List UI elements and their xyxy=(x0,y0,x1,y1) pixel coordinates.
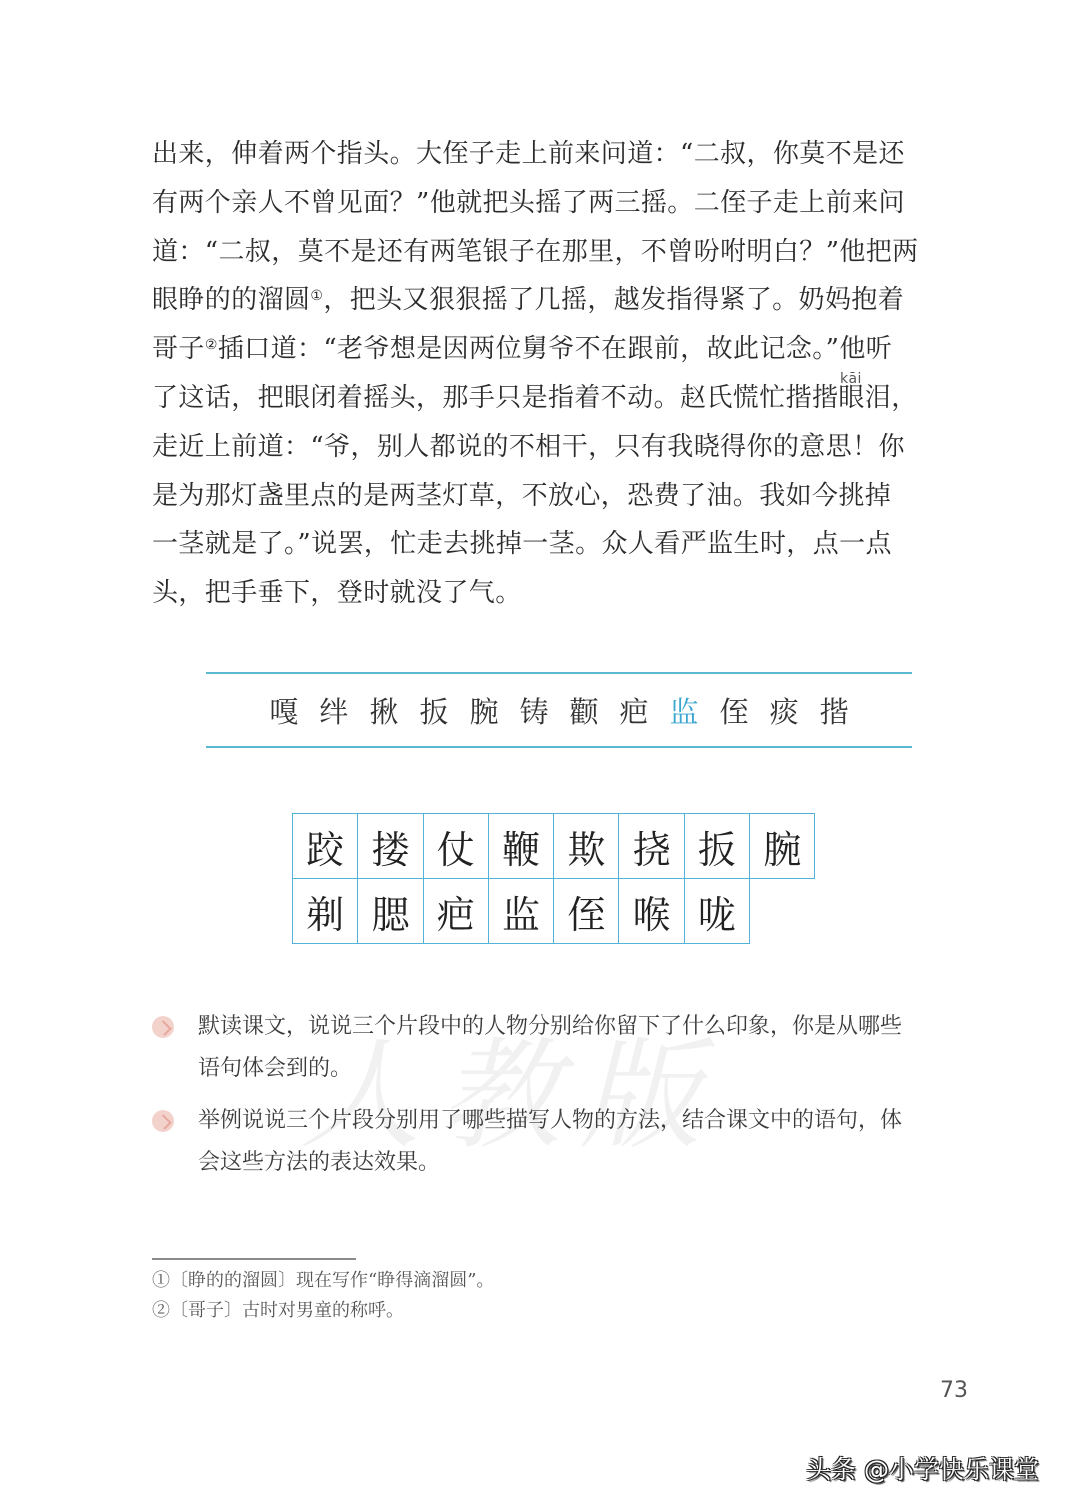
grid-cell: 腕 xyxy=(749,813,815,879)
exercise-item-2: 举例说说三个片段分别用了哪些描写人物的方法，结合课文中的语句，体 会这些方法的表… xyxy=(152,1100,968,1184)
grid-cell: 跤 xyxy=(292,813,358,879)
grid-cell: 喉 xyxy=(618,878,684,944)
passage-line: 眼睁的的溜圆①，把头又狠狠摇了几摇，越发指得紧了。奶妈抱着 xyxy=(152,276,968,325)
page-number: 73 xyxy=(940,1378,968,1403)
recognize-characters-band: 嘎 绊 揪 扳 腕 铸 颧 疤 监 侄 痰 揩 xyxy=(206,672,912,748)
passage-text: 出来，伸着两个指头。大侄子走上前来问道：“二叔，你莫不是还 有两个亲人不曾见面？… xyxy=(152,130,968,618)
grid-cell: 仗 xyxy=(423,813,489,879)
recognize-char: 颧 xyxy=(570,690,599,731)
passage-line: 头，把手垂下，登时就没了气。 xyxy=(152,569,968,618)
recognize-char: 揪 xyxy=(369,690,398,731)
passage-line: 出来，伸着两个指头。大侄子走上前来问道：“二叔，你莫不是还 xyxy=(152,130,968,179)
grid-cell: 腮 xyxy=(357,878,423,944)
grid-cell: 欺 xyxy=(553,813,619,879)
grid-cell: 剃 xyxy=(292,878,358,944)
exercise-bullet-icon xyxy=(152,1110,174,1132)
recognize-char: 侄 xyxy=(720,690,749,731)
recognize-char-highlighted: 监 xyxy=(670,690,699,731)
recognize-char: 铸 xyxy=(519,690,548,731)
recognize-char: 扳 xyxy=(419,690,448,731)
grid-cell: 挠 xyxy=(618,813,684,879)
recognize-char: 腕 xyxy=(469,690,498,731)
writing-characters-grid: 跤 搂 仗 鞭 欺 挠 扳 腕 剃 腮 疤 监 侄 喉 咙 xyxy=(292,813,814,943)
footnote-2: ②〔哥子〕古时对男童的称呼。 xyxy=(152,1296,494,1326)
recognize-char: 绊 xyxy=(319,690,348,731)
passage-line: 一茎就是了。”说罢，忙走去挑掉一茎。众人看严监生时，点一点 xyxy=(152,520,968,569)
passage-line: 了这话，把眼闭着摇头，那手只是指着不动。赵氏慌忙揩揩眼泪， xyxy=(152,374,968,423)
recognize-char: 揩 xyxy=(820,690,849,731)
exercise-item-1: 默读课文，说说三个片段中的人物分别给你留下了什么印象，你是从哪些 语句体会到的。 xyxy=(152,1006,968,1090)
exercise-bullet-icon xyxy=(152,1016,174,1038)
recognize-char: 疤 xyxy=(620,690,649,731)
grid-cell: 咙 xyxy=(684,878,750,944)
grid-cell: 鞭 xyxy=(488,813,554,879)
footnote-1: ①〔睁的的溜圆〕现在写作“睁得滴溜圆”。 xyxy=(152,1266,494,1296)
passage-line: 哥子②插口道：“老爷想是因两位舅爷不在跟前，故此记念。”他听 kāi xyxy=(152,325,968,374)
grid-cell: 侄 xyxy=(553,878,619,944)
passage-line: 道：“二叔，莫不是还有两笔银子在那里，不曾吩咐明白？”他把两 xyxy=(152,228,968,277)
grid-cell: 疤 xyxy=(423,878,489,944)
recognize-char: 嘎 xyxy=(269,690,298,731)
footnote-ref-1[interactable]: ① xyxy=(310,288,323,304)
grid-cell: 搂 xyxy=(357,813,423,879)
footnote-divider xyxy=(152,1258,356,1260)
footnote-ref-2[interactable]: ② xyxy=(205,337,218,353)
passage-line: 有两个亲人不曾见面？”他就把头摇了两三摇。二侄子走上前来问 xyxy=(152,179,968,228)
passage-line: 是为那灯盏里点的是两茎灯草，不放心，恐费了油。我如今挑掉 xyxy=(152,472,968,521)
source-watermark: 头条 @小学快乐课堂 xyxy=(806,1450,1039,1486)
grid-cell: 监 xyxy=(488,878,554,944)
passage-line: 走近上前道：“爷，别人都说的不相干，只有我晓得你的意思！你 xyxy=(152,423,968,472)
grid-row: 跤 搂 仗 鞭 欺 挠 扳 腕 xyxy=(292,813,814,878)
grid-row: 剃 腮 疤 监 侄 喉 咙 xyxy=(292,878,814,943)
recognize-char: 痰 xyxy=(770,690,799,731)
footnotes: ①〔睁的的溜圆〕现在写作“睁得滴溜圆”。 ②〔哥子〕古时对男童的称呼。 xyxy=(152,1266,494,1326)
grid-cell: 扳 xyxy=(684,813,750,879)
